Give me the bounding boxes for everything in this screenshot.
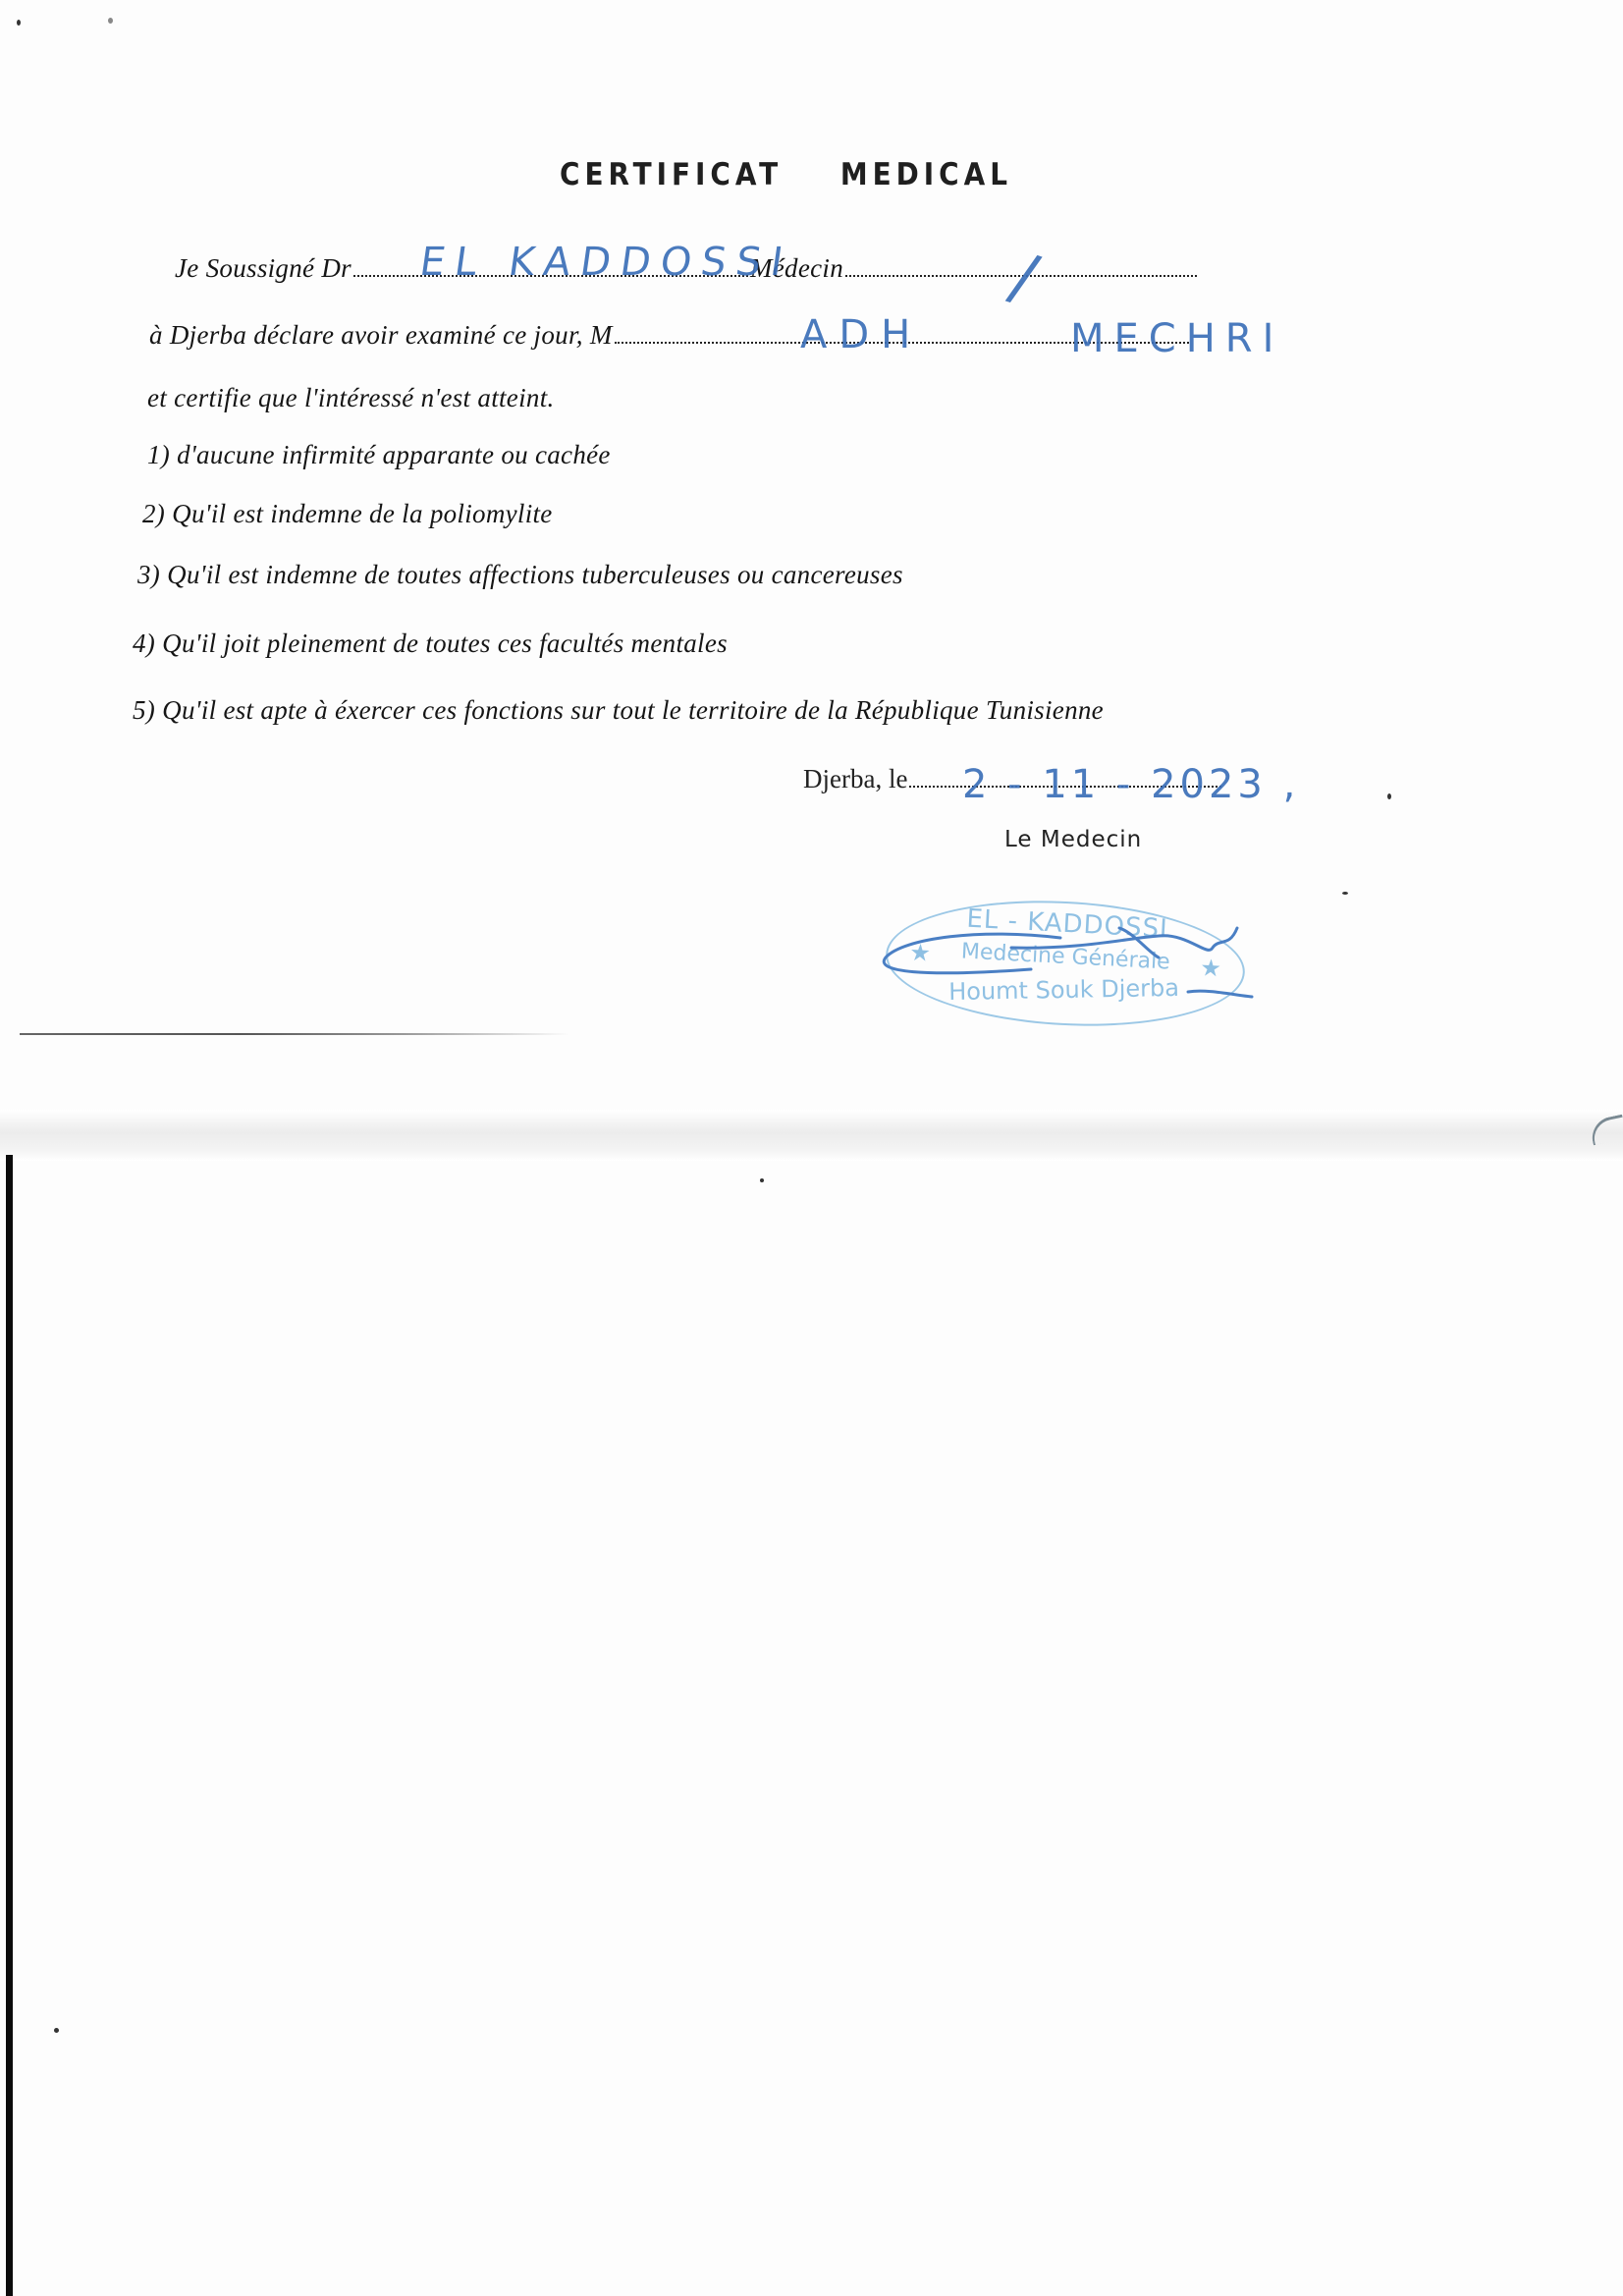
clause-item: 2) Qu'il est indemne de la poliomylite (142, 499, 553, 529)
title-word: MEDICAL (840, 157, 1012, 192)
clause-item: 1) d'aucune infirmité apparante ou caché… (147, 440, 611, 470)
scan-speck (108, 18, 113, 24)
signature-icon (864, 918, 1257, 1026)
scanned-page: CERTIFICAT MEDICAL Je Soussigné DrMédeci… (0, 0, 1623, 2296)
scan-speck (54, 2028, 59, 2033)
fold-crease (0, 1110, 1623, 1161)
signatory-label: Le Medecin (1004, 827, 1142, 852)
clause-item: 3) Qu'il est indemne de toutes affection… (137, 560, 903, 590)
scan-speck (17, 20, 21, 26)
date-handwritten: 2 - 11 - 2023 , (962, 762, 1299, 807)
scan-speck (1342, 892, 1348, 895)
doctor-name-handwritten: EL KADDOSSI (417, 240, 795, 285)
title-word: CERTIFICAT (560, 157, 783, 192)
place-date-prefix: Djerba, le (803, 764, 907, 793)
scan-speck (760, 1178, 764, 1182)
examined-line: à Djerba déclare avoir examiné ce jour, … (149, 320, 1191, 351)
page-title: CERTIFICAT MEDICAL (0, 157, 1597, 192)
examined-prefix: à Djerba déclare avoir examiné ce jour, … (149, 320, 613, 350)
scan-speck (1387, 793, 1391, 799)
patient-last-name-handwritten: MECHRI (1070, 316, 1283, 361)
clause-item: 5) Qu'il est apte à éxercer ces fonction… (133, 695, 1104, 726)
certify-line: et certifie que l'intéressé n'est attein… (147, 383, 555, 413)
patient-first-name-handwritten: ADH (800, 312, 922, 357)
doctor-prefix: Je Soussigné Dr (175, 253, 352, 283)
scan-edge (6, 1155, 13, 2296)
fold-line (20, 1033, 569, 1035)
clause-item: 4) Qu'il joit pleinement de toutes ces f… (133, 629, 728, 659)
